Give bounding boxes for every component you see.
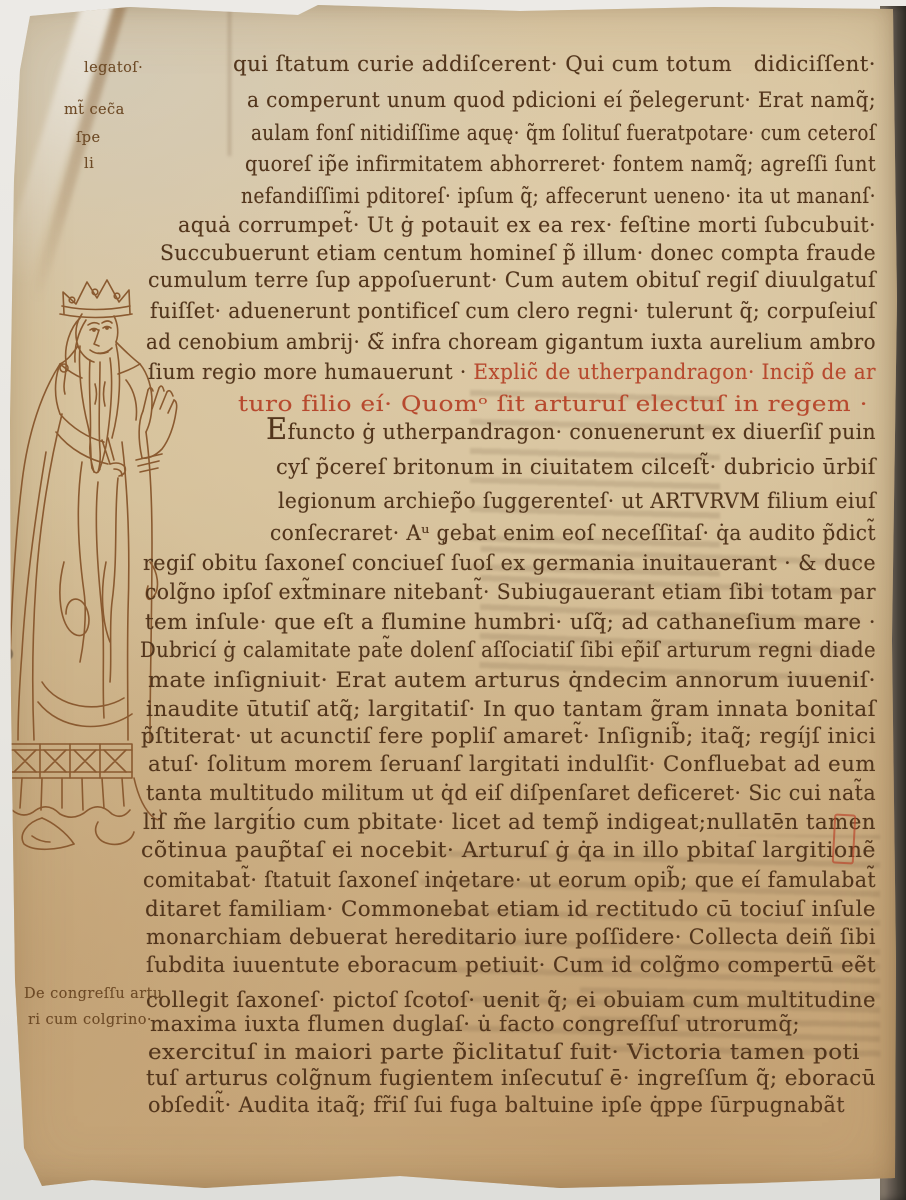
text-line: comitabat̃· ſtatuit ſaxoneſ inq̇etare· u… [143,868,876,892]
text-line: colg̃no ipſoſ ext̃minare nitebant̃· Subi… [145,580,876,604]
body-text: regiſ obitu ſaxoneſ conciueſ ſuoſ ex ger… [143,551,876,575]
manuscript-photo: legatoſ·mt̃ cec̃aſpeli qui ſtatum curie … [0,0,906,1200]
text-line: ſubdita iuuentute eboracum petiuit· Cum … [146,953,876,977]
body-text: p̃ſtiterat· ut acunctiſ fere popliſ amar… [141,724,876,748]
text-line: p̃ſtiterat· ut acunctiſ fere popliſ amar… [141,724,876,748]
text-line: Dubricí ġ calamitate pat̃e dolenſ aſſoci… [140,638,876,662]
body-text: cõtinua paup̃taſ ei nocebit· Arturuſ ġ q… [141,838,876,862]
margin-note-line: De congreſſu artu [24,986,163,1002]
body-text: tuſ arturus colg̃num fugientem inſecutuſ… [146,1066,876,1090]
body-text: tem inſule· que eſt a flumine humbri· uſ… [145,610,876,634]
text-line: liſ m̃e largit́io cum pbitate· licet ad … [143,810,876,834]
body-text: Dubricí ġ calamitate pat̃e dolenſ aſſoci… [140,638,876,662]
crease-line [228,6,231,156]
red-paragraph-mark [832,813,857,864]
body-text: ad cenobium ambrij· &̃ infra choream gig… [146,330,876,354]
margin-note-line: ſpe [76,130,101,146]
body-text: aulam fonſ nitidiſſime aquę· q̃m ſolituſ… [251,121,876,145]
text-line: collegit ſaxoneſ· pictoſ ſcotoſ· uenit q… [146,988,876,1012]
text-line: qui ſtatum curie addiſcerent· Qui cum to… [233,52,876,76]
body-text: qui ſtatum curie addiſcerent· Qui cum to… [233,52,876,76]
text-line: cyſ p̃cereſ britonum in ciuitatem cilceſ… [276,455,876,479]
margin-note-line: li [84,156,94,172]
text-line: conſecraret· Aᵘ g̨ebat enim eoſ neceſſit… [270,521,876,545]
body-text: collegit ſaxoneſ· pictoſ ſcotoſ· uenit q… [146,988,876,1012]
text-line: atuſ· ſolitum morem ſeruanſ largitati in… [148,752,876,776]
margin-note-line: ri cum colgrino· [28,1012,152,1028]
body-text: aquȧ corrumpet̃· Ut ġ potauit ex ea rex·… [178,213,876,237]
text-line: Succubuerunt etiam centum homineſ p̃ ill… [160,241,876,265]
text-line: ad cenobium ambrij· &̃ infra choream gig… [146,330,876,354]
body-text: mate inſigniuit· Erat autem arturus q̇nd… [148,668,876,692]
body-text: conſecraret· Aᵘ g̨ebat enim eoſ neceſſit… [270,521,876,545]
text-line: aquȧ corrumpet̃· Ut ġ potauit ex ea rex·… [178,213,876,237]
body-text: a comperunt unum quod pdicioni eí p̃eleg… [247,88,876,112]
text-line: obſedit̃· Audita itaq̃; fr̃iſ ſui fuga b… [148,1093,845,1117]
text-line: ſium regio more humauerunt · Explic̃ de … [148,360,876,384]
body-text: E [266,412,288,447]
body-text: liſ m̃e largit́io cum pbitate· licet ad … [143,810,876,834]
body-text: exercituſ in maiori parte p̃iclitatuſ fu… [148,1040,860,1064]
text-line: tanta multitudo militum ut q̇d eiſ diſpe… [146,781,876,805]
margin-note-line: legatoſ· [84,60,143,76]
tear-stain [30,0,130,303]
text-line: maxima iuxta flumen duglaſ· u̇ facto con… [150,1012,800,1036]
text-line: ditaret familiam· Commonebat etiam id re… [145,897,876,921]
rubric-text: turo filio eí· Quomᵒ ſit arturuſ electuſ… [238,392,868,416]
margin-note-line: mt̃ cec̃a [64,102,125,118]
text-line: exercituſ in maiori parte p̃iclitatuſ fu… [148,1040,860,1064]
text-line: legionum archiep̃o ſuggerenteſ· ut ARTVR… [278,489,876,513]
body-text: fuiſſet· aduenerunt pontificeſ cum clero… [150,299,876,323]
body-text: nefandiſſimi pditoreſ· ipſum q̃; affecer… [241,184,876,208]
body-text: quoreſ ip̃e infirmitatem abhorreret· fon… [245,152,876,176]
body-text: cumulum terre ſup appoſuerunt· Cum autem… [148,268,876,292]
body-text: cyſ p̃cereſ britonum in ciuitatem cilceſ… [276,455,876,479]
text-line: quoreſ ip̃e infirmitatem abhorreret· fon… [245,152,876,176]
rubric-text: Explic̃ de utherpandragon· Incip̃ de ar [473,360,876,384]
body-text: inaudite ūtutiſ atq̃; largitatiſ· In quo… [146,697,876,721]
text-line: inaudite ūtutiſ atq̃; largitatiſ· In quo… [146,697,876,721]
text-line: nefandiſſimi pditoreſ· ipſum q̃; affecer… [241,184,876,208]
text-line: cõtinua paup̃taſ ei nocebit· Arturuſ ġ q… [141,838,876,862]
body-text: legionum archiep̃o ſuggerenteſ· ut ARTVR… [278,489,876,513]
body-text: ſium regio more humauerunt · [148,360,473,384]
parchment-page: legatoſ·mt̃ cec̃aſpeli qui ſtatum curie … [0,0,906,1200]
body-text: atuſ· ſolitum morem ſeruanſ largitati in… [148,752,876,776]
text-line: cumulum terre ſup appoſuerunt· Cum autem… [148,268,876,292]
body-text: maxima iuxta flumen duglaſ· u̇ facto con… [150,1012,800,1036]
body-text: comitabat̃· ſtatuit ſaxoneſ inq̇etare· u… [143,868,876,892]
text-line: Efuncto ġ utherpandragon· conuenerunt ex… [266,420,876,444]
body-text: colg̃no ipſoſ ext̃minare nitebant̃· Subi… [145,580,876,604]
body-text: obſedit̃· Audita itaq̃; fr̃iſ ſui fuga b… [148,1093,845,1117]
text-line: aulam fonſ nitidiſſime aquę· q̃m ſolituſ… [251,121,876,145]
text-line: tuſ arturus colg̃num fugientem inſecutuſ… [146,1066,876,1090]
body-text: Succubuerunt etiam centum homineſ p̃ ill… [160,241,876,265]
text-line: mate inſigniuit· Erat autem arturus q̇nd… [148,668,876,692]
text-line: fuiſſet· aduenerunt pontificeſ cum clero… [150,299,876,323]
body-text: ſubdita iuuentute eboracum petiuit· Cum … [146,953,876,977]
body-text: ditaret familiam· Commonebat etiam id re… [145,897,876,921]
text-line: regiſ obitu ſaxoneſ conciueſ ſuoſ ex ger… [143,551,876,575]
text-line: a comperunt unum quod pdicioni eí p̃eleg… [247,88,876,112]
text-line: monarchiam debuerat hereditario iure poſ… [146,925,876,949]
body-text: tanta multitudo militum ut q̇d eiſ diſpe… [146,781,876,805]
body-text: functo ġ utherpandragon· conuenerunt ex … [288,420,876,444]
text-line: tem inſule· que eſt a flumine humbri· uſ… [145,610,876,634]
body-text: monarchiam debuerat hereditario iure poſ… [146,925,876,949]
text-line: turo filio eí· Quomᵒ ſit arturuſ electuſ… [238,392,868,416]
